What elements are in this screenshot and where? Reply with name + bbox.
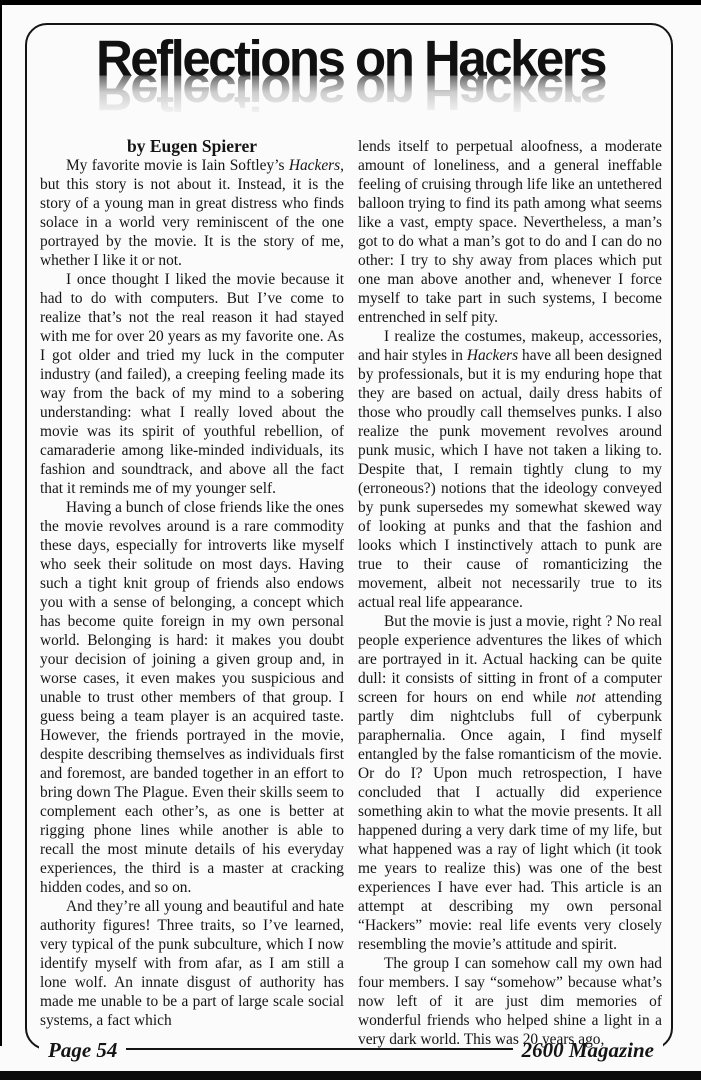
- right-column-paragraphs: lends itself to perpetual aloofness, a m…: [358, 137, 662, 1049]
- byline: by Eugen Spierer: [40, 137, 344, 156]
- paragraph: But the movie is just a movie, right ? N…: [358, 612, 662, 954]
- article-body: by Eugen Spierer My favorite movie is Ia…: [40, 137, 662, 1049]
- left-column: by Eugen Spierer My favorite movie is Ia…: [40, 137, 344, 1049]
- paragraph: The group I can somehow call my own had …: [358, 954, 662, 1049]
- right-column: lends itself to perpetual aloofness, a m…: [358, 137, 662, 1049]
- paragraph: I once thought I liked the movie because…: [40, 270, 344, 498]
- scan-edge-bottom-bar: [0, 1071, 701, 1080]
- left-column-paragraphs: My favorite movie is Iain Softley’s Hack…: [40, 156, 344, 1030]
- scan-edge-top-bar: [0, 0, 701, 5]
- page-title-reflection: Reflections on Hackers: [0, 67, 701, 118]
- paragraph: I realize the costumes, makeup, accessor…: [358, 327, 662, 612]
- paragraph: Having a bunch of close friends like the…: [40, 498, 344, 897]
- paragraph: lends itself to perpetual aloofness, a m…: [358, 137, 662, 327]
- paragraph: And they’re all young and beautiful and …: [40, 897, 344, 1030]
- title-block: Reflections on Hackers Reflections on Ha…: [0, 33, 701, 118]
- paragraph: My favorite movie is Iain Softley’s Hack…: [40, 156, 344, 270]
- scan-edge-left-line: [0, 0, 2, 1046]
